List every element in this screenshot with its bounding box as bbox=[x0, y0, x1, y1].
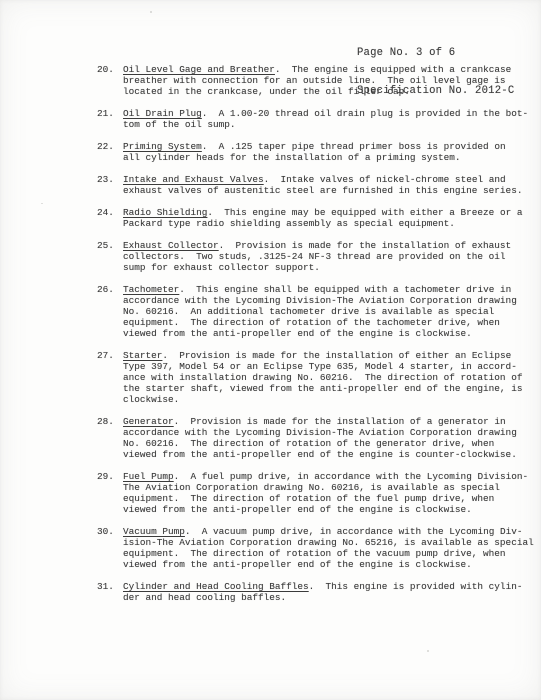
item-number: 23. bbox=[97, 174, 123, 196]
scan-speck bbox=[150, 11, 152, 13]
item-number: 22. bbox=[97, 141, 123, 163]
item-text: Intake and Exhaust Valves. Intake valves… bbox=[123, 174, 541, 196]
item-number: 20. bbox=[97, 64, 123, 97]
spec-item-26: 26. Tachometer. This engine shall be equ… bbox=[0, 284, 541, 339]
spec-item-29: 29. Fuel Pump. A fuel pump drive, in acc… bbox=[0, 471, 541, 515]
spec-item-20: 20. Oil Level Gage and Breather. The eng… bbox=[0, 64, 541, 97]
item-number: 30. bbox=[97, 526, 123, 570]
item-title: Cylinder and Head Cooling Baffles bbox=[123, 581, 309, 592]
item-text: Exhaust Collector. Provision is made for… bbox=[123, 240, 541, 273]
scanned-document-page: Page No. 3 of 6 Specification No. 2012-C… bbox=[0, 0, 541, 700]
item-title: Fuel Pump bbox=[123, 471, 174, 482]
spec-item-31: 31. Cylinder and Head Cooling Baffles. T… bbox=[0, 581, 541, 603]
spec-item-22: 22. Priming System. A .125 taper pipe th… bbox=[0, 141, 541, 163]
item-title: Tachometer bbox=[123, 284, 179, 295]
item-title: Intake and Exhaust Valves bbox=[123, 174, 264, 185]
item-text: Priming System. A .125 taper pipe thread… bbox=[123, 141, 541, 163]
item-text: Fuel Pump. A fuel pump drive, in accorda… bbox=[123, 471, 541, 515]
item-title: Priming System bbox=[123, 141, 202, 152]
item-body: . A vacuum pump drive, in accordance wit… bbox=[123, 526, 534, 570]
spec-item-23: 23. Intake and Exhaust Valves. Intake va… bbox=[0, 174, 541, 196]
item-text: Oil Level Gage and Breather. The engine … bbox=[123, 64, 541, 97]
item-text: Tachometer. This engine shall be equippe… bbox=[123, 284, 541, 339]
item-title: Vacuum Pump bbox=[123, 526, 185, 537]
specification-items-list: 20. Oil Level Gage and Breather. The eng… bbox=[0, 64, 541, 614]
item-number: 24. bbox=[97, 207, 123, 229]
item-number: 28. bbox=[97, 416, 123, 460]
spec-item-25: 25. Exhaust Collector. Provision is made… bbox=[0, 240, 541, 273]
spec-item-21: 21. Oil Drain Plug. A 1.00-20 thread oil… bbox=[0, 108, 541, 130]
item-text: Oil Drain Plug. A 1.00-20 thread oil dra… bbox=[123, 108, 541, 130]
item-title: Radio Shielding bbox=[123, 207, 207, 218]
item-text: Radio Shielding. This engine may be equi… bbox=[123, 207, 541, 229]
item-number: 31. bbox=[97, 581, 123, 603]
item-body: . A fuel pump drive, in accordance with … bbox=[123, 471, 528, 515]
item-title: Oil Level Gage and Breather bbox=[123, 64, 275, 75]
item-text: Cylinder and Head Cooling Baffles. This … bbox=[123, 581, 541, 603]
item-body: . This engine shall be equipped with a t… bbox=[123, 284, 517, 339]
spec-item-24: 24. Radio Shielding. This engine may be … bbox=[0, 207, 541, 229]
item-title: Exhaust Collector bbox=[123, 240, 219, 251]
item-body: . Provision is made for the installation… bbox=[123, 416, 517, 460]
item-text: Starter. Provision is made for the insta… bbox=[123, 350, 541, 405]
item-number: 27. bbox=[97, 350, 123, 405]
item-title: Starter bbox=[123, 350, 162, 361]
scan-speck bbox=[427, 650, 429, 652]
item-number: 25. bbox=[97, 240, 123, 273]
item-text: Vacuum Pump. A vacuum pump drive, in acc… bbox=[123, 526, 541, 570]
spec-item-30: 30. Vacuum Pump. A vacuum pump drive, in… bbox=[0, 526, 541, 570]
item-body: . Provision is made for the installation… bbox=[123, 350, 522, 405]
item-number: 29. bbox=[97, 471, 123, 515]
spec-item-27: 27. Starter. Provision is made for the i… bbox=[0, 350, 541, 405]
page-number-line: Page No. 3 of 6 bbox=[357, 47, 514, 60]
spec-item-28: 28. Generator. Provision is made for the… bbox=[0, 416, 541, 460]
item-number: 26. bbox=[97, 284, 123, 339]
item-number: 21. bbox=[97, 108, 123, 130]
item-title: Oil Drain Plug bbox=[123, 108, 202, 119]
item-title: Generator bbox=[123, 416, 174, 427]
item-text: Generator. Provision is made for the ins… bbox=[123, 416, 541, 460]
